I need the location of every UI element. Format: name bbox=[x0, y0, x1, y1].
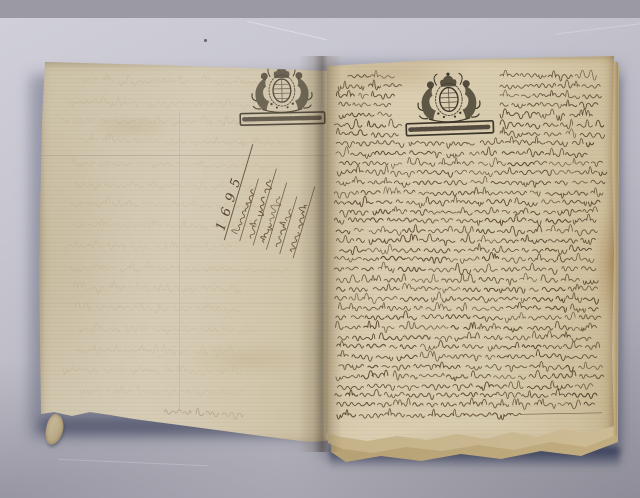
right-page bbox=[326, 54, 614, 467]
manuscript-photo: 1695 bbox=[0, 18, 640, 498]
fold-crease bbox=[179, 111, 181, 411]
surface-scratch bbox=[556, 23, 640, 35]
fold-crease bbox=[42, 302, 330, 304]
left-page: 1695 bbox=[38, 61, 334, 447]
surface-scratch bbox=[58, 459, 208, 467]
surface-speck bbox=[204, 39, 207, 42]
gutter-shadow bbox=[298, 56, 342, 452]
surface-scratch bbox=[247, 21, 327, 40]
manuscript-text bbox=[326, 54, 614, 467]
